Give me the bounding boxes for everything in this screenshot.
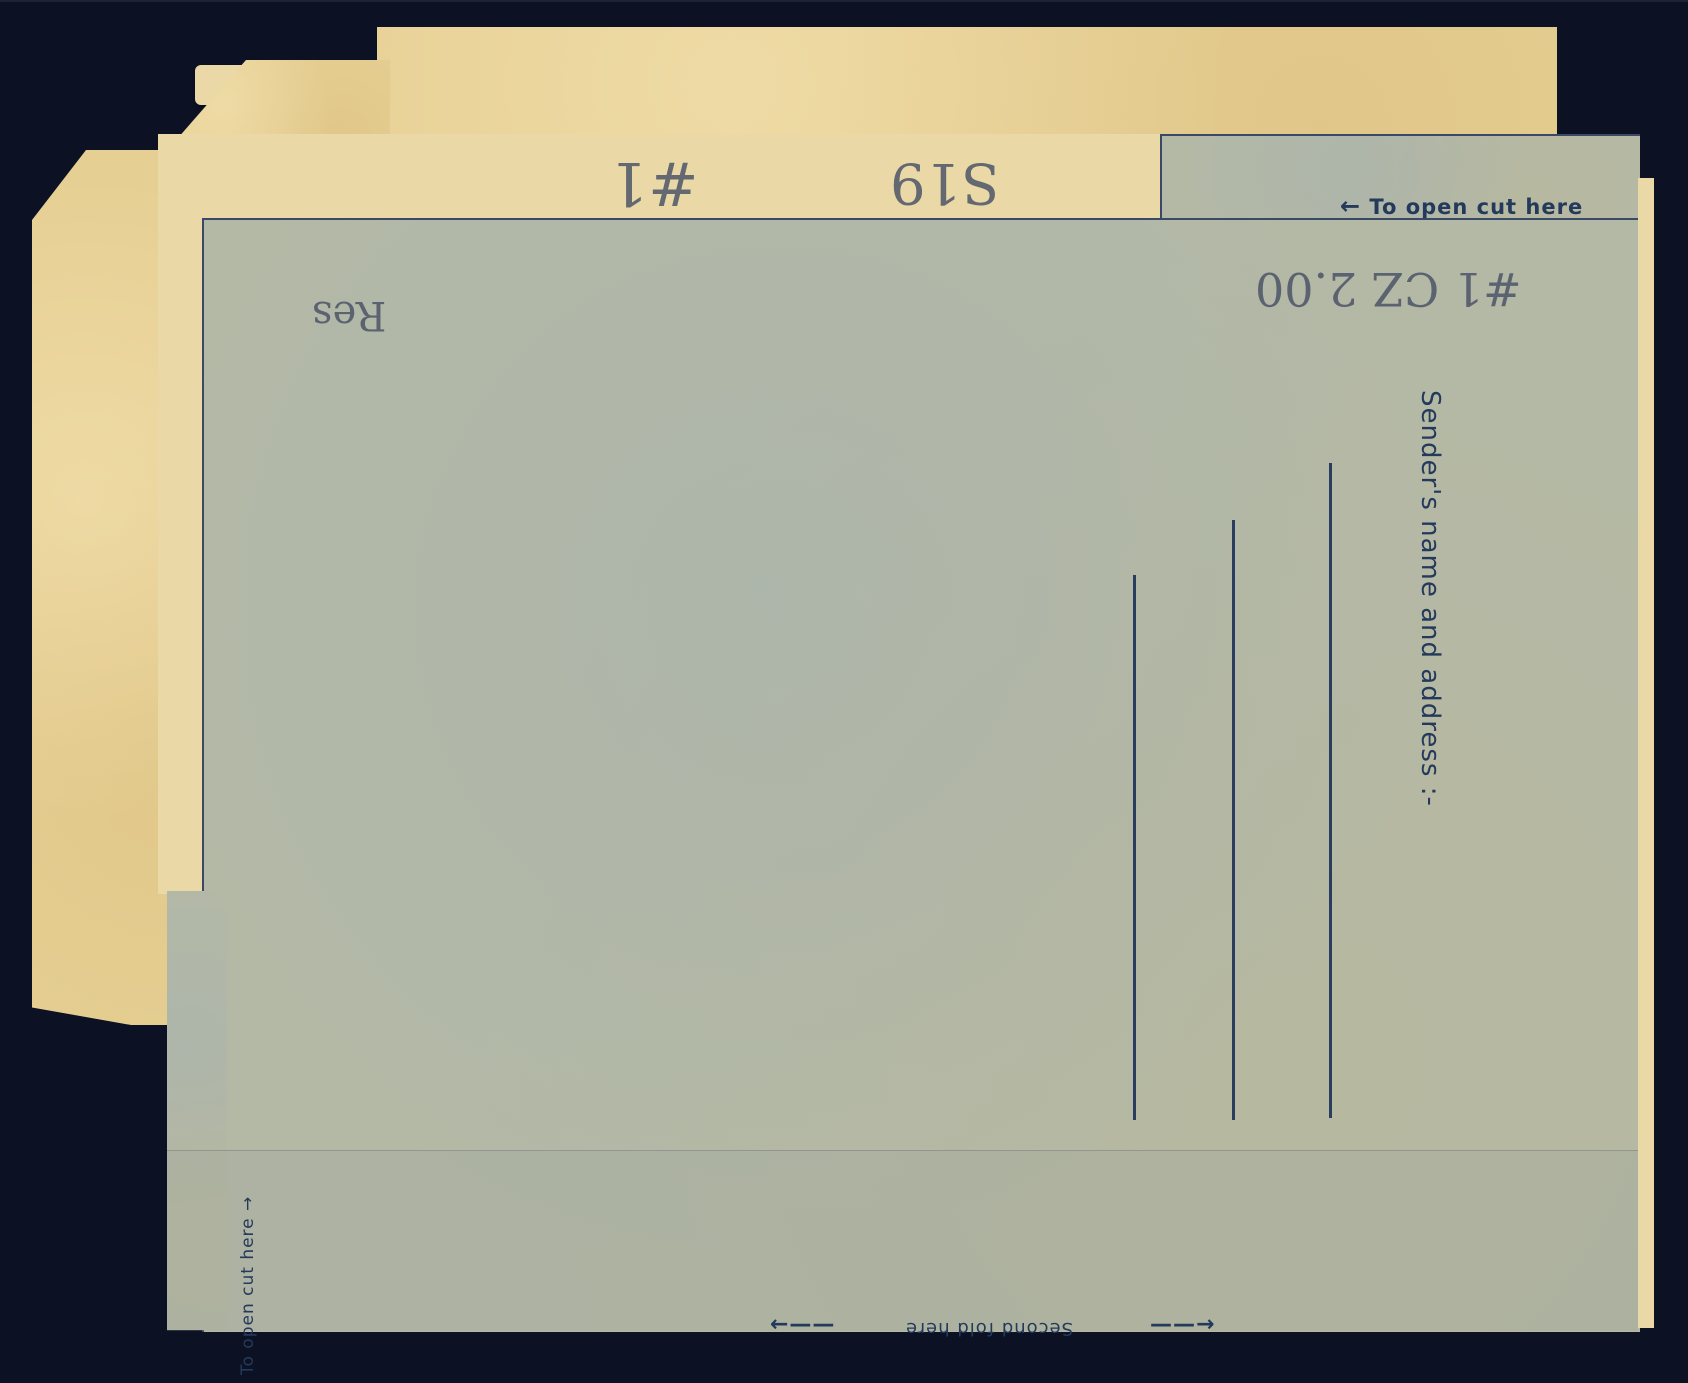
arrow-up-icon: → bbox=[238, 1196, 258, 1211]
open-cut-top-label: ← To open cut here bbox=[1340, 192, 1583, 220]
background-edge bbox=[0, 0, 1688, 2]
address-line-3 bbox=[1329, 463, 1332, 1118]
address-line-1 bbox=[1133, 575, 1136, 1120]
handwritten-catalog-note: #1 CZ 2.00 bbox=[1255, 262, 1522, 316]
second-fold-label: Second fold here bbox=[905, 1318, 1073, 1339]
arrow-left-icon: ←—— bbox=[770, 1312, 835, 1337]
arrow-right-icon: ——→ bbox=[1150, 1312, 1215, 1337]
bottom-fold-band bbox=[167, 1150, 1638, 1331]
right-edge-strip bbox=[1638, 178, 1654, 1328]
arrow-left-icon: ← bbox=[1340, 192, 1361, 220]
open-cut-top-text: To open cut here bbox=[1369, 195, 1583, 219]
open-cut-left-label: To open cut here → bbox=[238, 1196, 258, 1375]
handwritten-number: #1 bbox=[610, 148, 698, 218]
handwritten-res-note: Res bbox=[312, 292, 386, 338]
open-cut-left-text: To open cut here bbox=[238, 1217, 258, 1375]
sender-label: Sender's name and address :- bbox=[1415, 390, 1445, 807]
address-line-2 bbox=[1232, 520, 1235, 1120]
handwritten-code: S19 bbox=[890, 150, 1000, 215]
